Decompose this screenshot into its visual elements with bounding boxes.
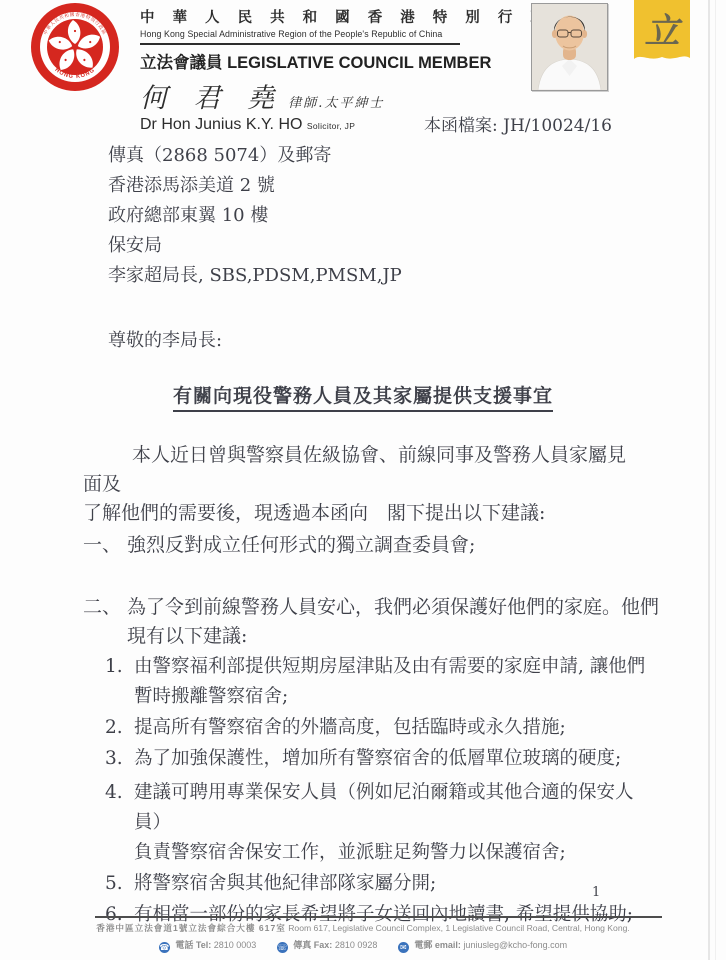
member-name-suffix-zh: 律師.太平紳士 bbox=[288, 96, 384, 111]
point-text: 強烈反對成立任何形式的獨立調查委員會; bbox=[127, 531, 664, 560]
phone-label: 電話 Tel: bbox=[175, 940, 211, 950]
page-number: 1 bbox=[592, 885, 600, 900]
fax-icon: ☏ bbox=[277, 942, 288, 953]
point-item: 一、 強烈反對成立任何形式的獨立調查委員會; bbox=[83, 531, 664, 560]
reference-label: 本函檔案: bbox=[424, 116, 498, 136]
footer-address-line: 香港中區立法會道1號立法會綜合大樓 617室 Room 617, Legisla… bbox=[40, 922, 686, 934]
suggestion-list: 1. 由警察福利部提供短期房屋津貼及由有需要的家庭申請, 讓他們 暫時搬離警察宿… bbox=[105, 652, 650, 930]
item-number: 2. bbox=[105, 713, 134, 743]
recipient-line: 保安局 bbox=[108, 231, 402, 261]
item-number: 4. bbox=[105, 778, 134, 868]
phone-icon: ☎ bbox=[159, 942, 170, 953]
fax-label: 傳真 Fax: bbox=[293, 940, 332, 950]
point-marker: 二、 bbox=[83, 593, 127, 651]
footer-address-en: Room 617, Legislative Council Complex, 1… bbox=[288, 923, 630, 933]
member-name-suffix-en: Solicitor, JP bbox=[307, 121, 355, 131]
point-marker: 一、 bbox=[83, 531, 127, 560]
reference-number: JH/10024/16 bbox=[503, 116, 612, 136]
item-text: 由警察福利部提供短期房屋津貼及由有需要的家庭申請, 讓他們 暫時搬離警察宿舍; bbox=[134, 652, 650, 712]
recipient-line: 傳真（2868 5074）及郵寄 bbox=[108, 141, 402, 171]
salutation: 尊敬的李局長: bbox=[108, 326, 222, 352]
email-icon: ✉ bbox=[398, 942, 409, 953]
recipient-line: 政府總部東翼 10 樓 bbox=[108, 201, 402, 231]
intro-paragraph: 本人近日曾與警察員佐級協會、前線同事及警務人員家屬見面及 了解他們的需要後，現透… bbox=[83, 441, 643, 528]
item-text: 將警察宿舍與其他紀律部隊家屬分開; bbox=[134, 869, 650, 899]
recipient-block: 傳真（2868 5074）及郵寄 香港添馬添美道 2 號 政府總部東翼 10 樓… bbox=[108, 141, 402, 291]
member-name-en: Dr Hon Junius K.Y. HO bbox=[140, 116, 302, 133]
list-item: 4. 建議可聘用專業保安人員（例如尼泊爾籍或其他合適的保安人員） 負責警察宿舍保… bbox=[105, 778, 650, 868]
reference-line: 本函檔案: JH/10024/16 bbox=[424, 111, 612, 136]
list-item: 1. 由警察福利部提供短期房屋津貼及由有需要的家庭申請, 讓他們 暫時搬離警察宿… bbox=[105, 652, 650, 712]
footer-divider bbox=[95, 916, 662, 918]
footer-contacts-line: ☎ 電話 Tel: 2810 0003 ☏ 傳真 Fax: 2810 0928 … bbox=[40, 938, 686, 953]
item-text: 為了加強保護性，增加所有警察宿舍的低層單位玻璃的硬度; bbox=[134, 744, 650, 774]
list-item: 2. 提高所有警察宿舍的外牆高度，包括臨時或永久措施; bbox=[105, 713, 650, 743]
fax-number: 2810 0928 bbox=[335, 940, 378, 950]
item-text: 建議可聘用專業保安人員（例如尼泊爾籍或其他合適的保安人員） 負責警察宿舍保安工作… bbox=[134, 778, 650, 868]
list-item: 5. 將警察宿舍與其他紀律部隊家屬分開; bbox=[105, 869, 650, 899]
item-text: 提高所有警察宿舍的外牆高度，包括臨時或永久措施; bbox=[134, 713, 650, 743]
email-label: 電郵 email: bbox=[414, 940, 461, 950]
letterhead-divider bbox=[140, 43, 460, 45]
footer-email: ✉ 電郵 email: juniusleg@kcho-fong.com bbox=[398, 940, 567, 950]
region-title-en: Hong Kong Special Administrative Region … bbox=[140, 29, 584, 39]
recipient-line: 李家超局長, SBS,PDSM,PMSM,JP bbox=[108, 261, 402, 291]
point-text: 為了令到前線警務人員安心，我們必須保護好他們的家庭。他們 現有以下建議: bbox=[127, 593, 664, 651]
legco-logo-ribbon-icon: 立 bbox=[633, 0, 691, 66]
region-title-zh: 中 華 人 民 共 和 國 香 港 特 別 行 政 區 bbox=[140, 6, 584, 27]
footer-fax: ☏ 傳真 Fax: 2810 0928 bbox=[277, 940, 380, 950]
letter-page: 中華人民共和國香港特別行政區 HONG KONG 中 華 人 民 共 和 國 香… bbox=[0, 0, 726, 960]
member-name-line: 何 君 堯 律師.太平紳士 bbox=[140, 76, 584, 115]
point-item: 二、 為了令到前線警務人員安心，我們必須保護好他們的家庭。他們 現有以下建議: bbox=[83, 593, 664, 651]
phone-number: 2810 0003 bbox=[214, 940, 257, 950]
member-name-zh: 何 君 堯 bbox=[140, 83, 283, 114]
member-portrait-photo bbox=[531, 3, 608, 91]
page-edge-line bbox=[708, 0, 710, 960]
subject-text: 有關向現役警務人員及其家屬提供支援事宜 bbox=[173, 385, 553, 412]
email-address: juniusleg@kcho-fong.com bbox=[463, 940, 567, 950]
member-title: 立法會議員 LEGISLATIVE COUNCIL MEMBER bbox=[140, 49, 584, 73]
footer-phone: ☎ 電話 Tel: 2810 0003 bbox=[159, 940, 259, 950]
page-edge-line bbox=[715, 0, 716, 960]
item-number: 1. bbox=[105, 652, 134, 712]
item-number: 5. bbox=[105, 869, 134, 899]
footer-address-zh: 香港中區立法會道1號立法會綜合大樓 617室 bbox=[96, 923, 286, 933]
hksar-emblem-icon: 中華人民共和國香港特別行政區 HONG KONG bbox=[30, 2, 120, 92]
footer: 香港中區立法會道1號立法會綜合大樓 617室 Room 617, Legisla… bbox=[40, 922, 686, 953]
recipient-line: 香港添馬添美道 2 號 bbox=[108, 171, 402, 201]
list-item: 3. 為了加強保護性，增加所有警察宿舍的低層單位玻璃的硬度; bbox=[105, 744, 650, 774]
legco-ribbon-glyph: 立 bbox=[644, 11, 683, 52]
item-number: 3. bbox=[105, 744, 134, 774]
subject-line: 有關向現役警務人員及其家屬提供支援事宜 bbox=[0, 381, 726, 408]
